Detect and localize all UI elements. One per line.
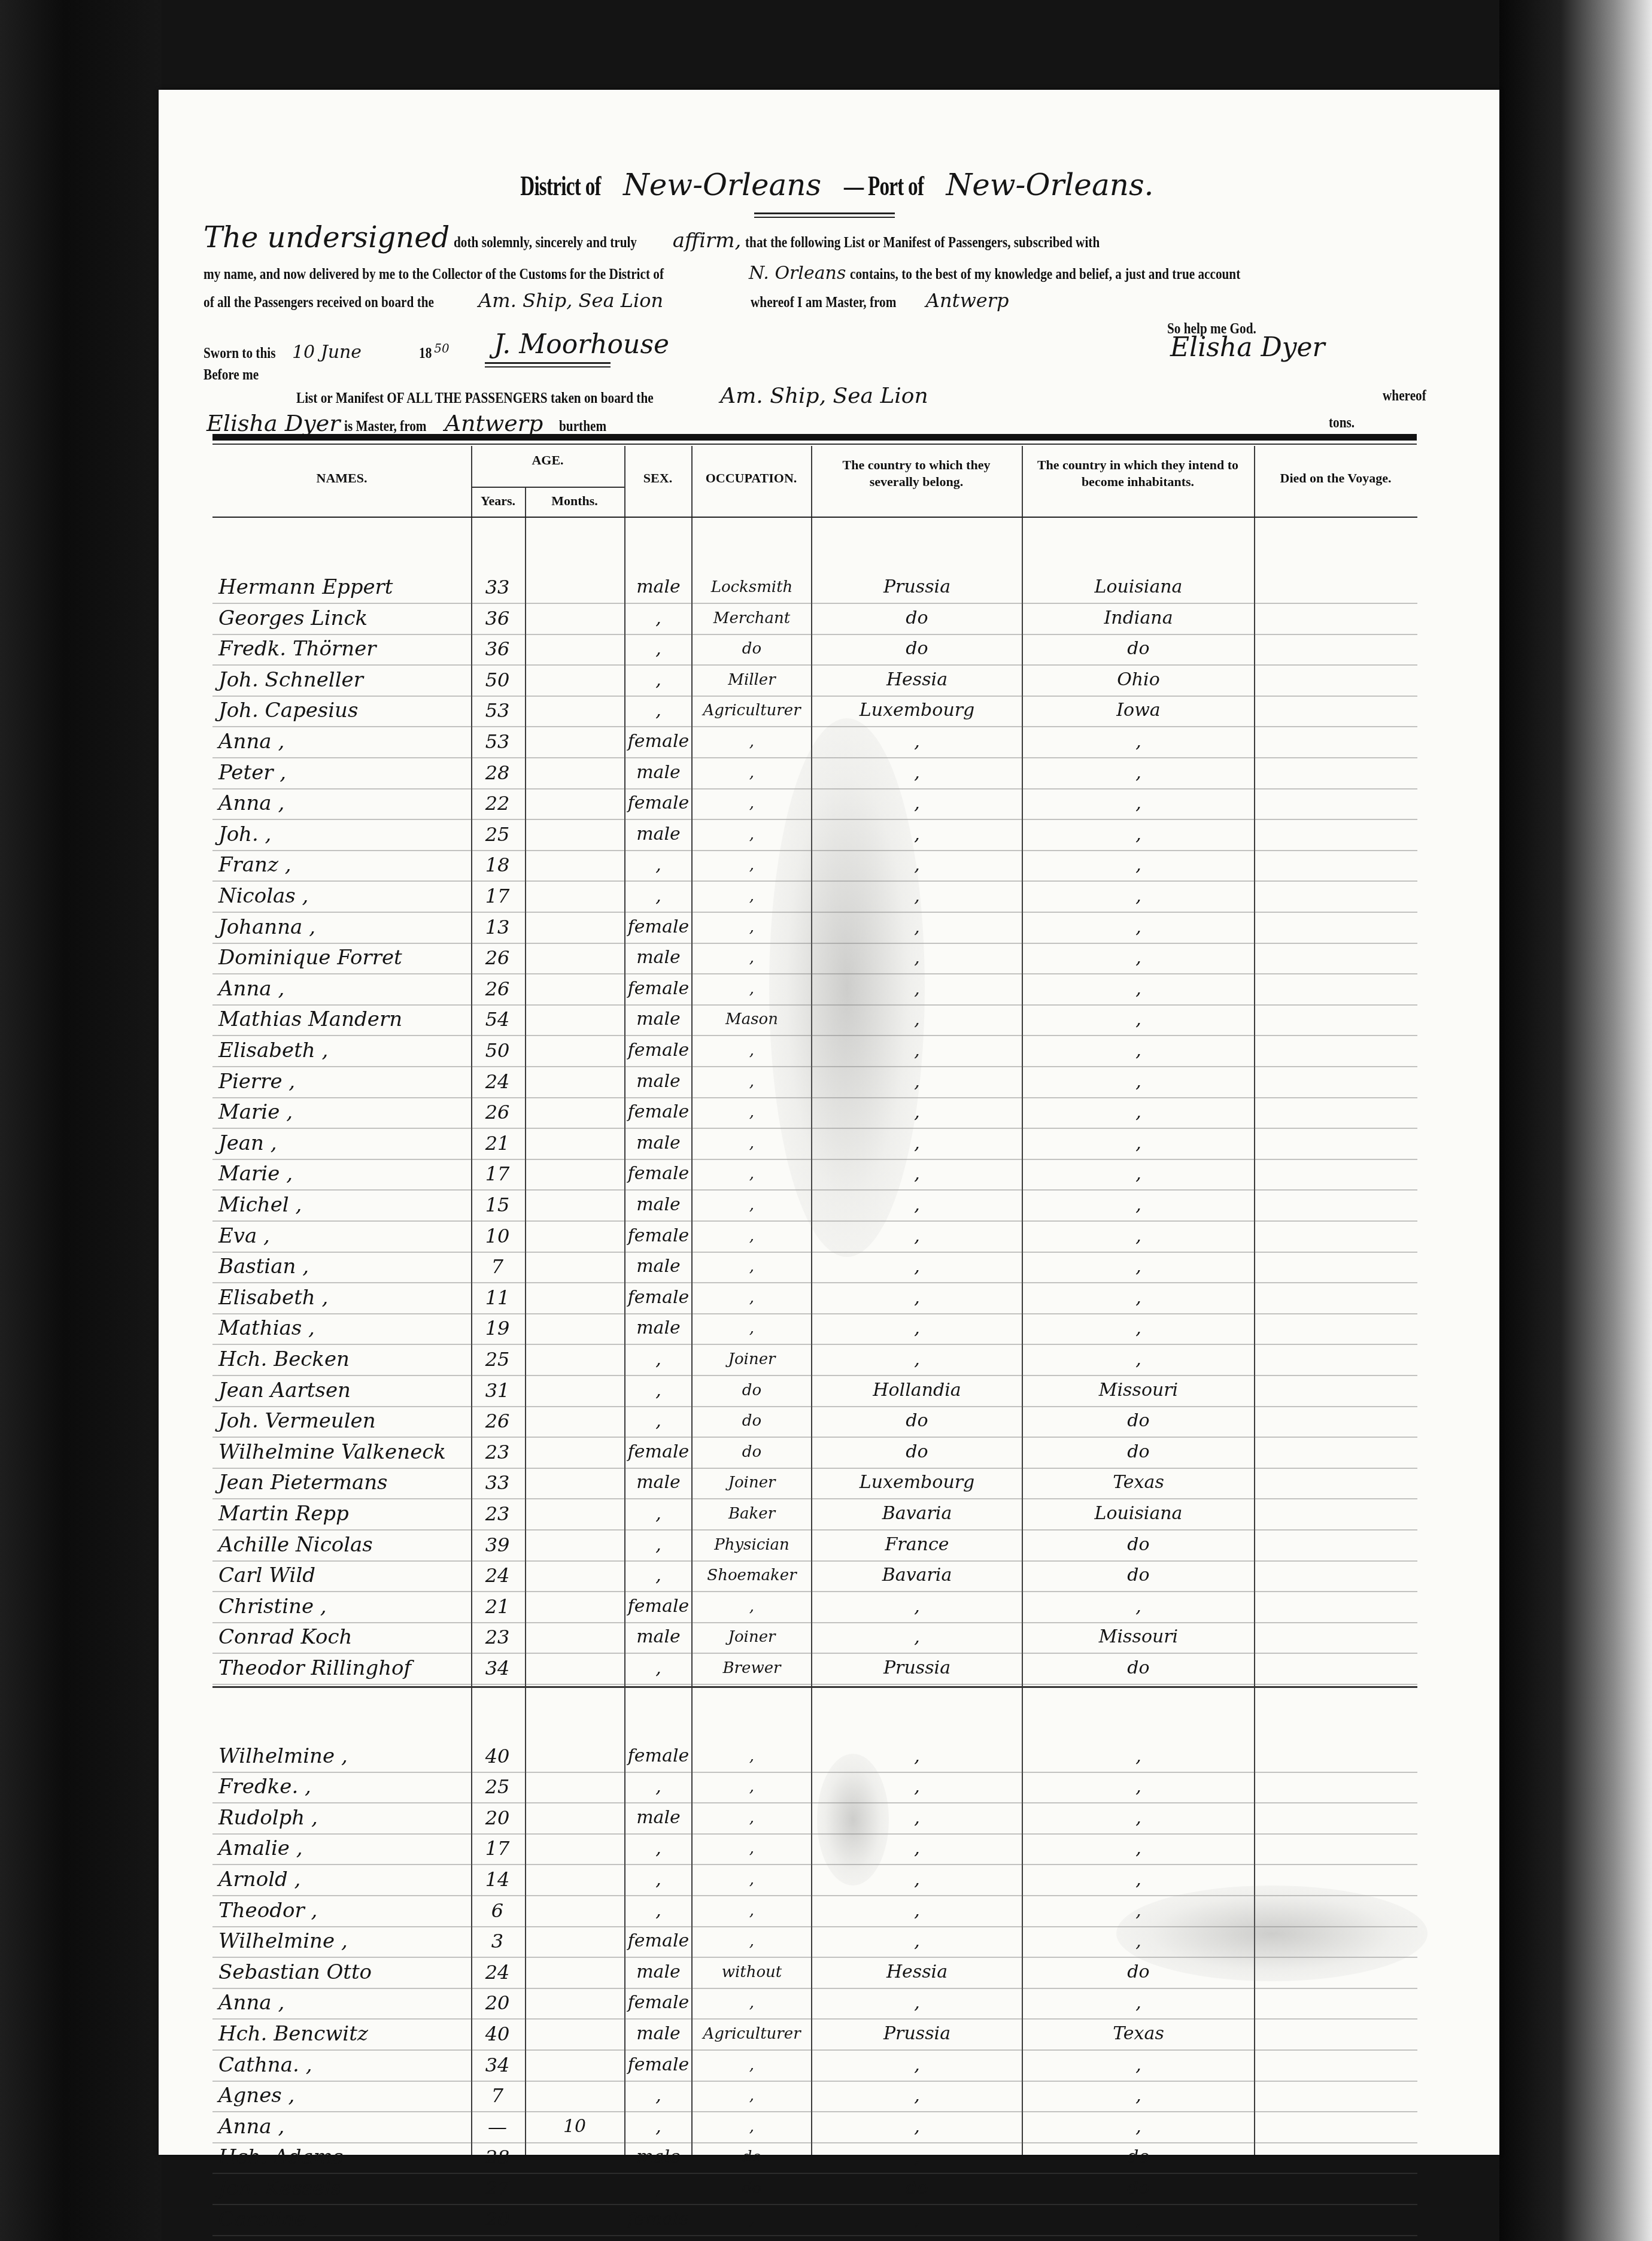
passenger-age-months bbox=[525, 1005, 624, 1034]
passenger-sex: female bbox=[625, 974, 691, 1003]
passenger-died bbox=[1255, 1252, 1417, 1281]
passenger-country-inhabit: Iowa bbox=[1023, 696, 1254, 725]
passenger-age-months bbox=[525, 1988, 624, 2017]
passenger-row: Hch. Adams 28 male do , do bbox=[212, 2142, 1417, 2174]
passenger-died bbox=[1255, 1067, 1417, 1096]
passenger-age-months bbox=[525, 1834, 624, 1863]
passenger-name: Wilhelmine , bbox=[218, 1742, 470, 1771]
passenger-age-months bbox=[525, 1376, 624, 1405]
passenger-age-months bbox=[525, 573, 624, 602]
passenger-name: Elisabeth , bbox=[218, 1036, 470, 1065]
passenger-name: Rudolph , bbox=[218, 1803, 470, 1832]
passenger-age-years: 24 bbox=[471, 1561, 524, 1590]
passenger-died bbox=[1255, 1988, 1417, 2017]
passenger-name: Hermann Eppert bbox=[218, 573, 470, 602]
passenger-country-belong: Luxembourg bbox=[812, 1468, 1022, 1497]
oath-district: N. Orleans bbox=[749, 263, 846, 284]
passenger-country-belong: , bbox=[812, 2051, 1022, 2079]
passenger-died bbox=[1255, 666, 1417, 694]
passenger-died bbox=[1255, 1561, 1417, 1590]
passenger-sex: female bbox=[625, 1438, 691, 1466]
departure-port: Antwerp bbox=[445, 410, 543, 436]
passenger-age-years: 39 bbox=[471, 1531, 524, 1559]
passenger-died bbox=[1255, 1592, 1417, 1621]
passenger-country-inhabit: , bbox=[1023, 1592, 1254, 1621]
passenger-sex: female bbox=[625, 1742, 691, 1771]
passenger-country-belong: do bbox=[812, 634, 1022, 663]
passenger-sex: , bbox=[625, 1834, 691, 1863]
passenger-country-inhabit: , bbox=[1023, 1005, 1254, 1034]
passenger-age-months bbox=[525, 1592, 624, 1621]
passenger-age-years: 40 bbox=[471, 2020, 524, 2048]
passenger-died bbox=[1255, 573, 1417, 602]
passenger-country-inhabit: do bbox=[1023, 2174, 1254, 2203]
passenger-age-years: 21 bbox=[471, 1592, 524, 1621]
passenger-country-belong: , bbox=[812, 1592, 1022, 1621]
passenger-sex: , bbox=[625, 2081, 691, 2110]
passenger-name: Theodor Rillinghof bbox=[218, 1654, 470, 1683]
manifest-text: tons. bbox=[1329, 410, 1355, 436]
passenger-sex: male bbox=[625, 1803, 691, 1832]
sworn-year-suffix: 50 bbox=[434, 341, 449, 356]
passenger-country-inhabit: Missouri bbox=[1023, 1376, 1254, 1405]
passenger-country-inhabit: , bbox=[1023, 851, 1254, 879]
manifest-whereof: whereof bbox=[1383, 383, 1434, 409]
passenger-occupation: , bbox=[693, 1742, 811, 1771]
passenger-country-belong: do bbox=[812, 1438, 1022, 1466]
passenger-died bbox=[1255, 1345, 1417, 1374]
passenger-age-years: 26 bbox=[471, 1407, 524, 1435]
passenger-occupation: , bbox=[693, 1865, 811, 1894]
passenger-sex: , bbox=[625, 2174, 691, 2203]
passenger-country-belong: Bavaria bbox=[812, 1499, 1022, 1528]
passenger-sex: male bbox=[625, 758, 691, 787]
passenger-sex: female bbox=[625, 1927, 691, 1955]
col-header-occupation: OCCUPATION. bbox=[691, 470, 811, 487]
passenger-age-months bbox=[525, 1896, 624, 1925]
passenger-age-months bbox=[525, 1742, 624, 1771]
passenger-age-months bbox=[525, 666, 624, 694]
passenger-sex: , bbox=[625, 604, 691, 633]
passenger-age-years: 25 bbox=[471, 1772, 524, 1801]
passenger-occupation: Merchant bbox=[693, 604, 811, 633]
passenger-country-belong: , bbox=[812, 1988, 1022, 2017]
col-header-country-inhabit: The country in which they intend to beco… bbox=[1034, 457, 1242, 490]
passenger-age-months bbox=[525, 1438, 624, 1466]
manifest-line-1: List or Manifest OF ALL THE PASSENGERS t… bbox=[296, 383, 1434, 412]
passenger-country-inhabit: do bbox=[1023, 1407, 1254, 1435]
passenger-row: Amalie , 17 , , , , bbox=[212, 1833, 1417, 1865]
passenger-age-years: 33 bbox=[471, 1468, 524, 1497]
passenger-age-years: 54 bbox=[471, 1005, 524, 1034]
passenger-occupation: , bbox=[693, 1927, 811, 1955]
page-title: District of New-Orleans — Port of New-Or… bbox=[159, 168, 1499, 202]
passenger-died bbox=[1255, 2020, 1417, 2048]
oath-undersigned: The undersigned bbox=[204, 221, 450, 254]
passenger-name: Marie , bbox=[218, 1159, 470, 1188]
passenger-occupation: do bbox=[693, 1376, 811, 1405]
scan-border-left bbox=[0, 0, 162, 2241]
passenger-age-years: 23 bbox=[471, 1438, 524, 1466]
passenger-died bbox=[1255, 2051, 1417, 2079]
passenger-died bbox=[1255, 696, 1417, 725]
section-break-rule bbox=[212, 1686, 1417, 1688]
passenger-row: Christine , 21 female , , , bbox=[212, 1591, 1417, 1623]
passenger-name: Hch. Becken bbox=[218, 1345, 470, 1374]
passenger-age-months bbox=[525, 1036, 624, 1065]
passenger-age-months bbox=[525, 604, 624, 633]
passenger-country-belong: , bbox=[812, 1345, 1022, 1374]
passenger-occupation: , bbox=[693, 727, 811, 756]
passenger-row: Joh. Schneller 50 , Miller Hessia Ohio bbox=[212, 664, 1417, 697]
header-thin-rule bbox=[212, 444, 1417, 445]
passenger-name: Jean Pietermans bbox=[218, 1468, 470, 1497]
passenger-age-years: 14 bbox=[471, 1865, 524, 1894]
passenger-country-inhabit: , bbox=[1023, 974, 1254, 1003]
passenger-row: Wilhelmine Valkeneck 23 female do do do bbox=[212, 1437, 1417, 1469]
passenger-occupation: , bbox=[693, 2112, 811, 2141]
passenger-age-months bbox=[525, 851, 624, 879]
passenger-sex: male bbox=[625, 943, 691, 972]
passenger-name: Achille Nicolas bbox=[218, 1531, 470, 1559]
passenger-name: Eva , bbox=[218, 1222, 470, 1250]
passenger-age-years: 17 bbox=[471, 1834, 524, 1863]
passenger-age-years: 3 bbox=[471, 1927, 524, 1955]
passenger-age-months bbox=[525, 1561, 624, 1590]
passenger-row: Mathias , 19 male , , , bbox=[212, 1313, 1417, 1345]
oath-text: my name, and now delivered by me to the … bbox=[204, 262, 664, 288]
passenger-country-inhabit: , bbox=[1023, 2205, 1254, 2234]
passenger-occupation: , bbox=[693, 1592, 811, 1621]
passenger-died bbox=[1255, 1283, 1417, 1312]
passenger-country-inhabit: , bbox=[1023, 1129, 1254, 1158]
passenger-country-inhabit: Ohio bbox=[1023, 666, 1254, 694]
passenger-name: Caroline , bbox=[218, 2205, 470, 2234]
passenger-row: Hch. Becken 25 , Joiner , , bbox=[212, 1344, 1417, 1376]
passenger-country-belong: , bbox=[812, 1623, 1022, 1651]
passenger-age-years: 11 bbox=[471, 1283, 524, 1312]
passenger-sex: male bbox=[625, 573, 691, 602]
passenger-occupation: , bbox=[693, 1252, 811, 1281]
passenger-died bbox=[1255, 1499, 1417, 1528]
passenger-died bbox=[1255, 2205, 1417, 2234]
passenger-occupation: do bbox=[693, 1438, 811, 1466]
passenger-country-inhabit: , bbox=[1023, 1283, 1254, 1312]
passenger-occupation: , bbox=[693, 1191, 811, 1219]
passenger-age-years: 21 bbox=[471, 1129, 524, 1158]
passenger-name: Marie , bbox=[218, 1098, 470, 1126]
passenger-country-inhabit: , bbox=[1023, 2051, 1254, 2079]
passenger-sex: , bbox=[625, 634, 691, 663]
passenger-sex: male bbox=[625, 1129, 691, 1158]
passenger-age-months bbox=[525, 2081, 624, 2110]
passenger-died bbox=[1255, 634, 1417, 663]
passenger-age-years: 28 bbox=[471, 758, 524, 787]
passenger-row: Joh. Capesius 53 , Agriculturer Luxembou… bbox=[212, 695, 1417, 727]
passenger-row: Jean Pietermans 33 male Joiner Luxembour… bbox=[212, 1467, 1417, 1499]
passenger-age-years: 7 bbox=[471, 2081, 524, 2110]
passenger-country-belong: , bbox=[812, 2143, 1022, 2172]
passenger-age-months bbox=[525, 974, 624, 1003]
passenger-occupation: , bbox=[693, 1283, 811, 1312]
passenger-sex: male bbox=[625, 1252, 691, 1281]
passenger-name: Anna , bbox=[218, 974, 470, 1003]
passenger-occupation: , bbox=[693, 1222, 811, 1250]
passenger-died bbox=[1255, 727, 1417, 756]
passenger-sex: , bbox=[625, 1376, 691, 1405]
passenger-country-inhabit: , bbox=[1023, 820, 1254, 849]
passenger-died bbox=[1255, 1654, 1417, 1683]
passenger-age-years: 27 bbox=[471, 2174, 524, 2203]
col-header-names: NAMES. bbox=[212, 470, 471, 487]
water-stain bbox=[769, 718, 925, 1257]
passenger-age-years: 36 bbox=[471, 634, 524, 663]
passenger-name: Mathias Mandern bbox=[218, 1005, 470, 1034]
passenger-sex: , bbox=[625, 1407, 691, 1435]
passenger-occupation: Brewer bbox=[693, 1654, 811, 1683]
passenger-name: Theodor , bbox=[218, 1896, 470, 1925]
passenger-row: Bastian , 7 male , , , bbox=[212, 1251, 1417, 1283]
passenger-row: Agnes , 7 , , , , bbox=[212, 2080, 1417, 2112]
passenger-name: Joh. Capesius bbox=[218, 696, 470, 725]
header-bottom-rule bbox=[212, 517, 1417, 518]
passenger-age-months bbox=[525, 1927, 624, 1955]
passenger-died bbox=[1255, 882, 1417, 910]
passenger-sex: , bbox=[625, 2112, 691, 2141]
passenger-sex: male bbox=[625, 2020, 691, 2048]
passenger-sex: female bbox=[625, 1036, 691, 1065]
passenger-age-months bbox=[525, 1129, 624, 1158]
passenger-age-years: 13 bbox=[471, 913, 524, 942]
passenger-country-inhabit: , bbox=[1023, 943, 1254, 972]
oath-text: doth solemnly, sincerely and truly bbox=[454, 230, 637, 256]
passenger-age-years: 18 bbox=[471, 851, 524, 879]
passenger-country-inhabit: , bbox=[1023, 1191, 1254, 1219]
passenger-occupation: Physician bbox=[693, 1531, 811, 1559]
passenger-age-years: 20 bbox=[471, 2205, 524, 2234]
passenger-age-years: 31 bbox=[471, 1376, 524, 1405]
master-name: Elisha Dyer bbox=[206, 410, 340, 436]
passenger-name: Georges Linck bbox=[218, 604, 470, 633]
passenger-name: Anna , bbox=[218, 789, 470, 818]
passenger-row: Jean Aartsen 31 , do Hollandia Missouri bbox=[212, 1375, 1417, 1407]
passenger-row: Joh. Kessels 27 , do do do bbox=[212, 2173, 1417, 2205]
passenger-age-years: 28 bbox=[471, 2143, 524, 2172]
passenger-age-months bbox=[525, 1958, 624, 1987]
passenger-sex: male bbox=[625, 1623, 691, 1651]
passenger-country-belong: Prussia bbox=[812, 573, 1022, 602]
passenger-row: Hch. Bencwitz 40 male Agriculturer Pruss… bbox=[212, 2018, 1417, 2051]
oath-line-3: of all the Passengers received on board … bbox=[204, 287, 1437, 316]
passenger-age-months bbox=[525, 1623, 624, 1651]
passenger-age-years: 34 bbox=[471, 1654, 524, 1683]
passenger-sex: male bbox=[625, 2143, 691, 2172]
col-header-age: AGE. bbox=[471, 452, 624, 469]
passenger-age-months bbox=[525, 882, 624, 910]
passenger-died bbox=[1255, 851, 1417, 879]
passenger-sex: , bbox=[625, 1531, 691, 1559]
passenger-age-years: 26 bbox=[471, 943, 524, 972]
passenger-name: Michel , bbox=[218, 1191, 470, 1219]
passenger-sex: , bbox=[625, 1561, 691, 1590]
passenger-age-years: 34 bbox=[471, 2051, 524, 2079]
passenger-country-inhabit: , bbox=[1023, 1772, 1254, 1801]
passenger-age-months bbox=[525, 789, 624, 818]
passenger-sex: female bbox=[625, 1592, 691, 1621]
passenger-country-inhabit: , bbox=[1023, 789, 1254, 818]
ink-blot bbox=[817, 1754, 889, 1885]
passenger-sex: , bbox=[625, 1345, 691, 1374]
passenger-row: Theodor Rillinghof 34 , Brewer Prussia d… bbox=[212, 1653, 1417, 1685]
passenger-died bbox=[1255, 1772, 1417, 1801]
passenger-age-months bbox=[525, 1865, 624, 1894]
passenger-country-inhabit: Texas bbox=[1023, 1468, 1254, 1497]
passenger-died bbox=[1255, 1468, 1417, 1497]
official-signature: J. Moorhouse bbox=[494, 329, 669, 360]
oath-text: of all the Passengers received on board … bbox=[204, 290, 434, 316]
passenger-name: Jean Aartsen bbox=[218, 1376, 470, 1405]
passenger-died bbox=[1255, 1159, 1417, 1188]
oath-text: whereof I am Master, from bbox=[751, 290, 896, 316]
passenger-sex: male bbox=[625, 820, 691, 849]
passenger-age-months bbox=[525, 1468, 624, 1497]
passenger-died bbox=[1255, 1531, 1417, 1559]
passenger-row: Wilhelmine , 40 female , , , bbox=[212, 1741, 1417, 1773]
passenger-name: Arnold , bbox=[218, 1865, 470, 1894]
passenger-age-months bbox=[525, 1772, 624, 1801]
passenger-row: Georges Linck 36 , Merchant do Indiana bbox=[212, 603, 1417, 635]
passenger-age-years: 24 bbox=[471, 1958, 524, 1987]
passenger-died bbox=[1255, 1803, 1417, 1832]
passenger-died bbox=[1255, 1098, 1417, 1126]
manifest-text: List or Manifest OF ALL THE PASSENGERS t… bbox=[296, 385, 654, 412]
passenger-age-months bbox=[525, 2051, 624, 2079]
passenger-row: Carl Wild 24 , Shoemaker Bavaria do bbox=[212, 1560, 1417, 1592]
passenger-name: Hch. Adams bbox=[218, 2143, 470, 2172]
passenger-country-belong: , bbox=[812, 1927, 1022, 1955]
passenger-country-belong: , bbox=[812, 1314, 1022, 1343]
passenger-occupation: , bbox=[693, 2051, 811, 2079]
passenger-died bbox=[1255, 758, 1417, 787]
oath-affirm: affirm, bbox=[673, 229, 742, 253]
passenger-name: Sebastian Otto bbox=[218, 1958, 470, 1987]
passenger-occupation: do bbox=[693, 1407, 811, 1435]
passenger-died bbox=[1255, 1407, 1417, 1435]
passenger-sex: , bbox=[625, 851, 691, 879]
passenger-sex: female bbox=[625, 1159, 691, 1188]
passenger-sex: female bbox=[625, 789, 691, 818]
passenger-name: Franz , bbox=[218, 851, 470, 879]
water-stain bbox=[1116, 1885, 1428, 1981]
passenger-age-months bbox=[525, 1067, 624, 1096]
passenger-died bbox=[1255, 974, 1417, 1003]
passenger-age-months bbox=[525, 2205, 624, 2234]
passenger-sex: female bbox=[625, 1098, 691, 1126]
passenger-name: Martin Repp bbox=[218, 1499, 470, 1528]
passenger-died bbox=[1255, 913, 1417, 942]
passenger-country-belong: Bavaria bbox=[812, 1561, 1022, 1590]
passenger-country-inhabit: Indiana bbox=[1023, 604, 1254, 633]
passenger-age-years: 20 bbox=[471, 1803, 524, 1832]
passenger-row: Fredk. Thörner 36 , do do do bbox=[212, 633, 1417, 666]
passenger-died bbox=[1255, 2081, 1417, 2110]
passenger-age-years: 40 bbox=[471, 1742, 524, 1771]
passenger-country-belong: do bbox=[812, 2174, 1022, 2203]
passenger-occupation: do bbox=[693, 634, 811, 663]
passenger-name: Anna , bbox=[218, 1988, 470, 2017]
passenger-died bbox=[1255, 2143, 1417, 2172]
passenger-age-years: 25 bbox=[471, 820, 524, 849]
passenger-name: Jean , bbox=[218, 1129, 470, 1158]
passenger-sex: male bbox=[625, 1314, 691, 1343]
passenger-country-belong: Hessia bbox=[812, 666, 1022, 694]
passenger-country-inhabit: , bbox=[1023, 1314, 1254, 1343]
passenger-age-years: 23 bbox=[471, 1623, 524, 1651]
passenger-sex: , bbox=[625, 1654, 691, 1683]
passenger-died bbox=[1255, 1834, 1417, 1863]
passenger-occupation: Miller bbox=[693, 666, 811, 694]
passenger-died bbox=[1255, 604, 1417, 633]
oath-line-2: my name, and now delivered by me to the … bbox=[204, 260, 1437, 288]
passenger-occupation: , bbox=[693, 2081, 811, 2110]
passenger-sex: male bbox=[625, 1958, 691, 1987]
passenger-country-belong: Hollandia bbox=[812, 1376, 1022, 1405]
passenger-country-inhabit: , bbox=[1023, 1098, 1254, 1126]
passenger-age-months: 10 bbox=[525, 2112, 624, 2141]
passenger-age-years: 26 bbox=[471, 1098, 524, 1126]
passenger-country-inhabit: , bbox=[1023, 2112, 1254, 2141]
passenger-country-inhabit: do bbox=[1023, 1654, 1254, 1683]
passenger-name: Dominique Forret bbox=[218, 943, 470, 972]
port-value: New-Orleans. bbox=[946, 168, 1153, 202]
passenger-name: Conrad Koch bbox=[218, 1623, 470, 1651]
passenger-country-belong: , bbox=[812, 2112, 1022, 2141]
passenger-age-years: 50 bbox=[471, 1036, 524, 1065]
passenger-age-months bbox=[525, 820, 624, 849]
passenger-occupation: do bbox=[693, 2143, 811, 2172]
passenger-name: Elisabeth , bbox=[218, 1283, 470, 1312]
passenger-name: Peter , bbox=[218, 758, 470, 787]
passenger-country-belong: , bbox=[812, 1283, 1022, 1312]
passenger-row: Anna , — 10 , , , , bbox=[212, 2111, 1417, 2143]
passenger-occupation: Baker bbox=[693, 1499, 811, 1528]
passenger-occupation: Joiner bbox=[693, 1623, 811, 1651]
passenger-occupation: without bbox=[693, 1958, 811, 1987]
passenger-age-months bbox=[525, 1499, 624, 1528]
passenger-age-months bbox=[525, 2020, 624, 2048]
passenger-country-inhabit: do bbox=[1023, 2143, 1254, 2172]
age-subheader-rule bbox=[471, 487, 624, 488]
passenger-died bbox=[1255, 1222, 1417, 1250]
passenger-age-years: 36 bbox=[471, 604, 524, 633]
passenger-sex: , bbox=[625, 1865, 691, 1894]
passenger-sex: , bbox=[625, 1896, 691, 1925]
passenger-occupation: Locksmith bbox=[693, 573, 811, 602]
passenger-country-belong: , bbox=[812, 2081, 1022, 2110]
col-header-country-belong: The country to which they severally belo… bbox=[823, 457, 1010, 490]
passenger-age-years: 50 bbox=[471, 666, 524, 694]
passenger-country-belong: do bbox=[812, 604, 1022, 633]
passenger-name: Wilhelmine , bbox=[218, 1927, 470, 1955]
passenger-sex: female bbox=[625, 727, 691, 756]
passenger-row: Conrad Koch 23 male Joiner , Missouri bbox=[212, 1621, 1417, 1654]
passenger-sex: , bbox=[625, 1499, 691, 1528]
passenger-occupation: Agriculturer bbox=[693, 2020, 811, 2048]
passenger-row: Achille Nicolas 39 , Physician France do bbox=[212, 1529, 1417, 1562]
passenger-row: Cathna. , 34 female , , , bbox=[212, 2049, 1417, 2082]
passenger-name: Mathias , bbox=[218, 1314, 470, 1343]
passenger-died bbox=[1255, 2112, 1417, 2141]
